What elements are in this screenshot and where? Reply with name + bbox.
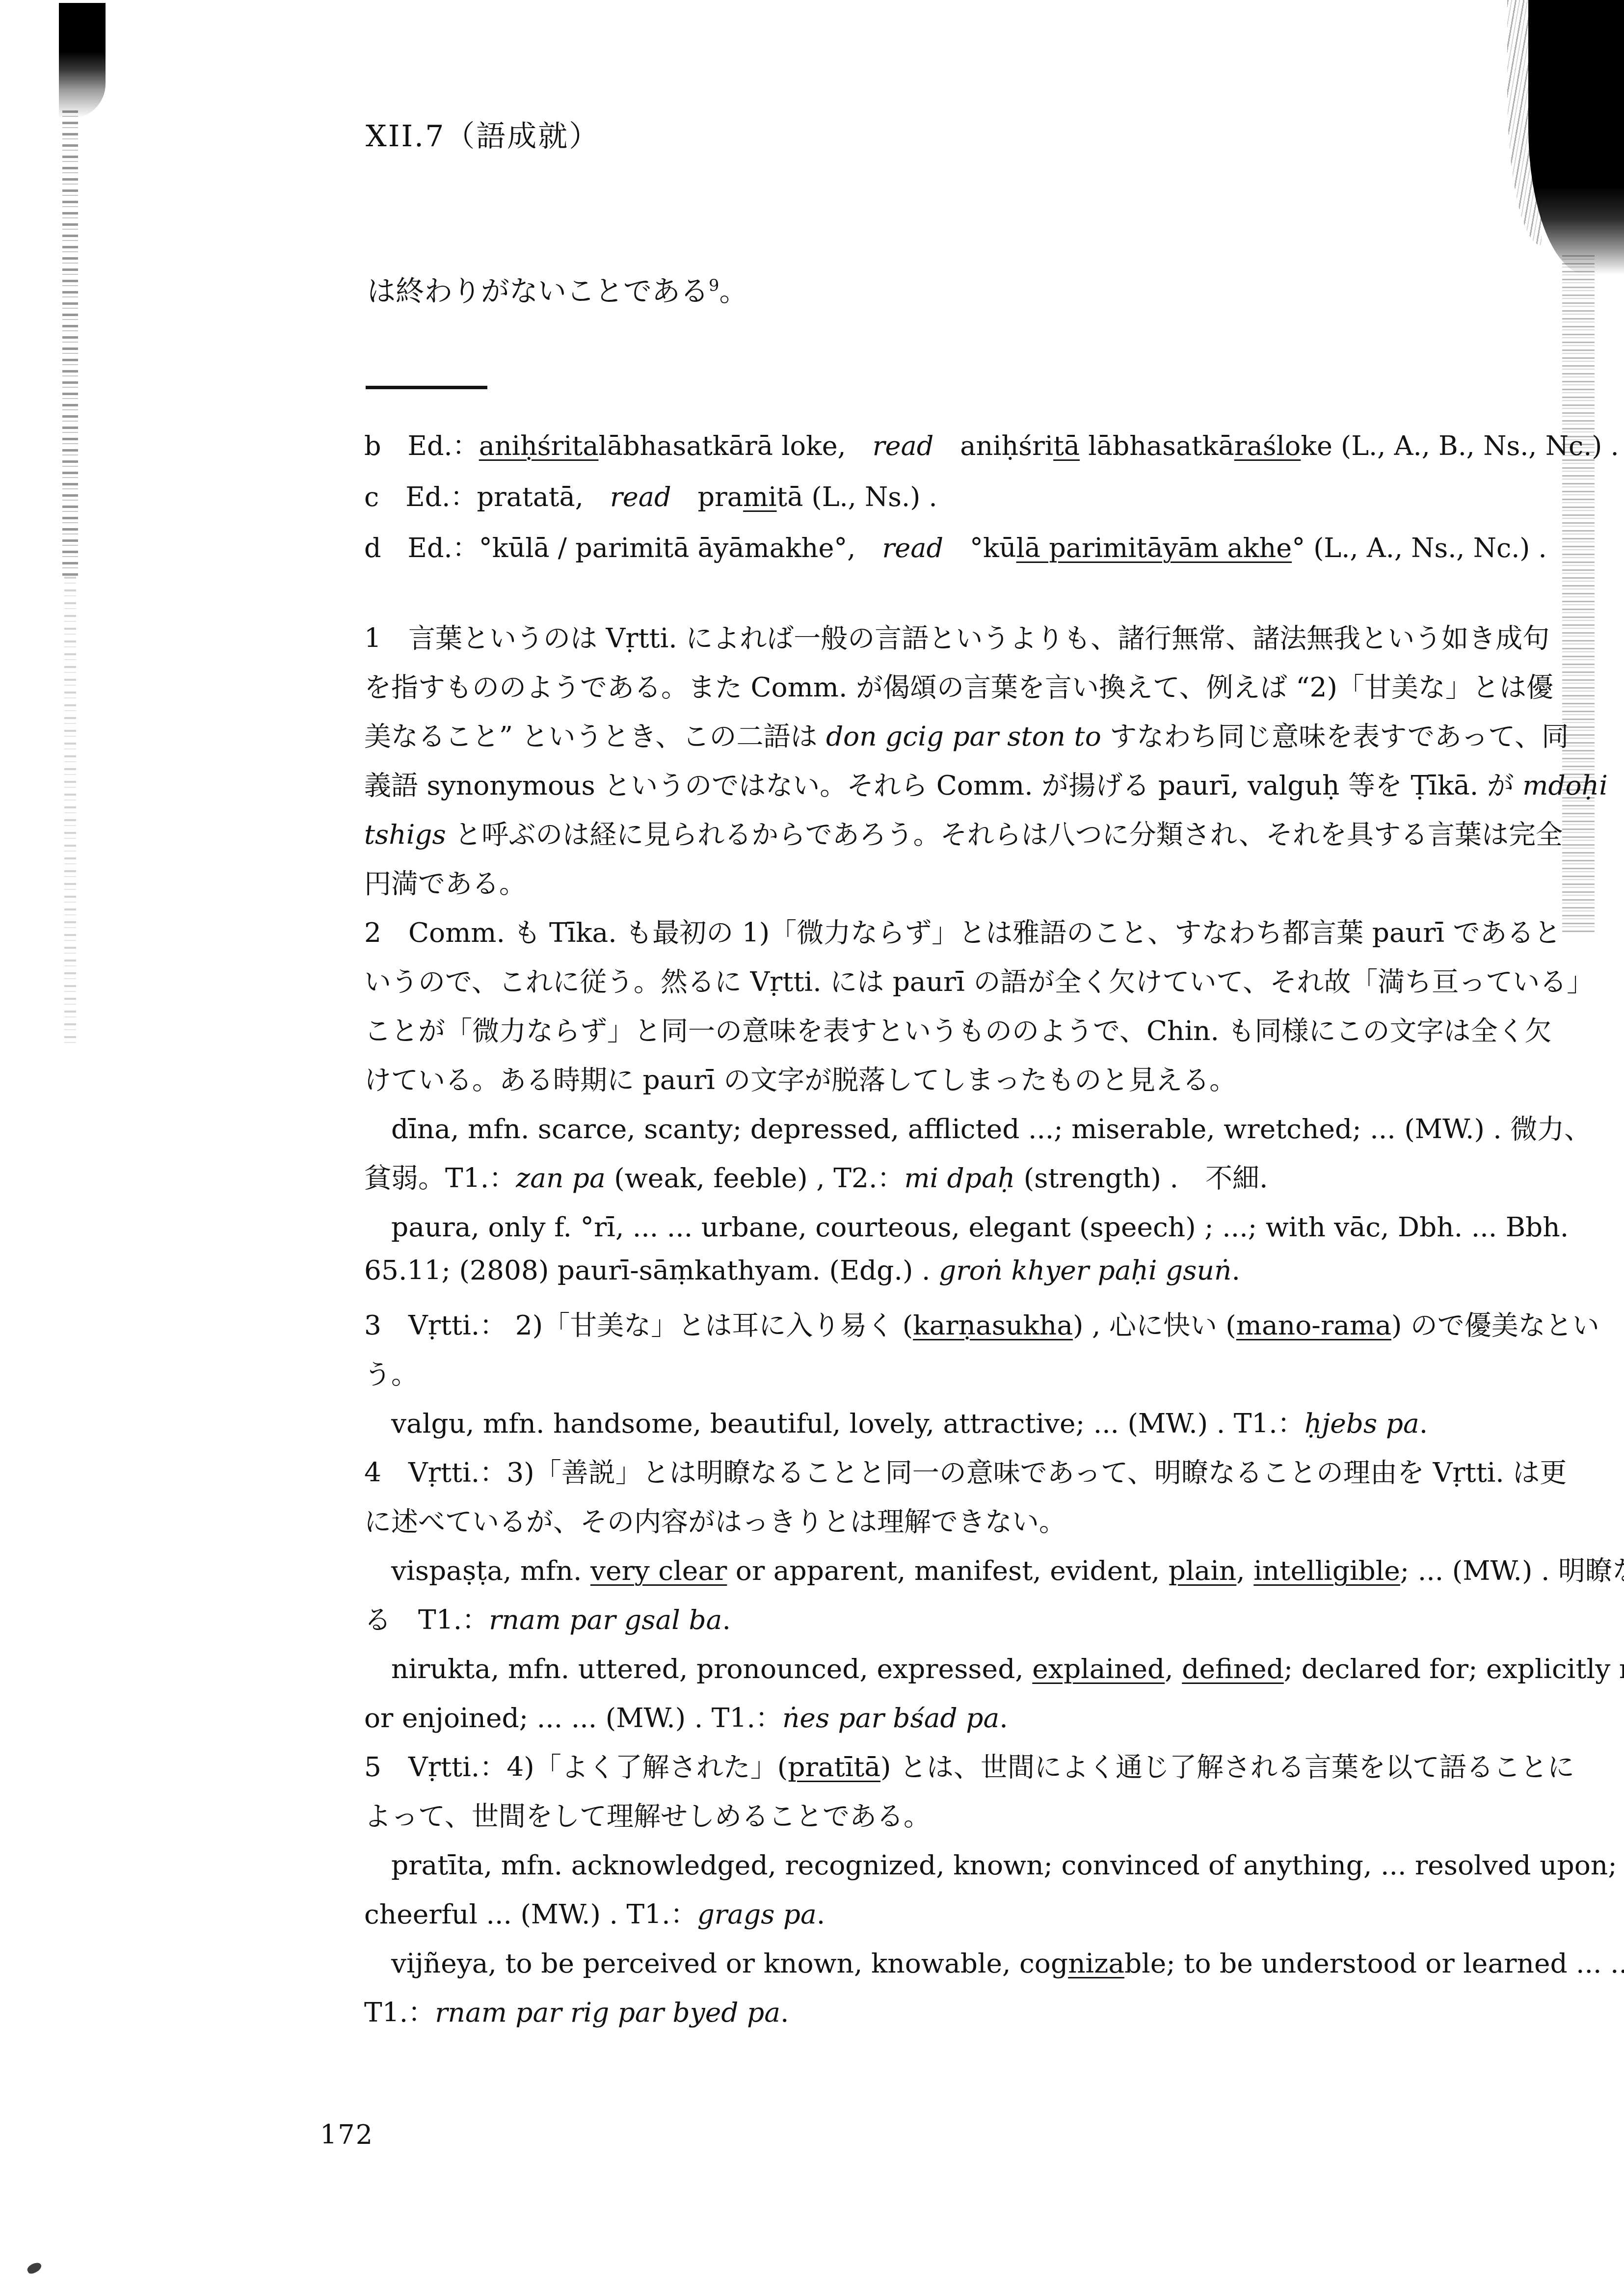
text-segment: lābhasatkā <box>1080 430 1234 461</box>
apparatus-footnote-line: d Ed.：°kūlā / parimitā āyāmakhe°, read °… <box>364 527 1542 565</box>
text-segment: read <box>882 533 944 563</box>
commentary-text-line: cheerful ... (MW.) . T1.：grags pa. <box>364 1893 1542 1931</box>
text-segment: plain <box>1169 1555 1237 1586</box>
text-segment: ; declared for; explicitly mentioned <box>1284 1653 1624 1684</box>
text-segment: cheerful ... (MW.) . T1.： <box>364 1898 697 1930</box>
text-segment: lābhasatkārā loke, <box>598 430 872 461</box>
commentary-text-line: dīna, mfn. scarce, scanty; depressed, af… <box>364 1107 1542 1146</box>
commentary-text-line: 65.11; (2808) paurī-sāṃkathyam. (Edg.) .… <box>364 1255 1542 1286</box>
text-segment: c Ed.：pratatā, <box>364 481 610 512</box>
text-segment: よって、世間をして理解せしめることである。 <box>364 1800 931 1832</box>
text-segment: pra <box>671 481 743 512</box>
text-segment: . <box>817 1898 825 1930</box>
text-segment: いうので、これに従う。然るに Vṛtti. には paurī の語が全く欠けてい… <box>364 966 1594 997</box>
commentary-text-line: 5 Vṛtti.：4)「よく了解された」(pratītā) とは、世間によく通じ… <box>364 1745 1542 1784</box>
text-segment: ことが「微力ならず」と同一の意味を表すというもののようで、Chin. も同様にこ… <box>364 1015 1551 1046</box>
text-segment: は終わりがないことである <box>367 274 709 308</box>
text-segment: rnam par gsal ba <box>489 1604 722 1635</box>
page-number: 172 <box>320 2119 373 2150</box>
text-segment: ) , 心に快い ( <box>1073 1309 1236 1341</box>
text-segment: すなわち同じ意味を表すであって、同 <box>1101 721 1569 752</box>
apparatus-footnote-line: b Ed.：aniḥśritalābhasatkārā loke, read a… <box>364 425 1542 463</box>
commentary-text-line: 2 Comm. も Tīka. も最初の 1)「微力ならず」とは雅語のこと、すな… <box>364 911 1542 950</box>
text-segment: grags pa <box>697 1898 817 1930</box>
commentary-text-line: 義語 synonymous というのではない。それら Comm. が揚げる pa… <box>364 764 1542 802</box>
scanned-document-page: XII.7（語成就） は終わりがないことである9。 b Ed.：aniḥśrit… <box>0 0 1624 2296</box>
text-segment: very clear <box>590 1555 727 1586</box>
commentary-text-line: 美なること” というとき、この二語は don gcig par ston to … <box>364 715 1542 753</box>
scan-artifact-right-streak <box>1562 255 1595 933</box>
commentary-text-line: う。 <box>364 1353 1542 1391</box>
text-segment: don gcig par ston to <box>826 721 1101 752</box>
text-segment: ḥjebs pa <box>1305 1408 1419 1439</box>
carryover-sentence: は終わりがないことである9。 <box>367 268 747 309</box>
text-segment: ° (L., A., Ns., Nc.) . <box>1292 533 1547 563</box>
text-segment: 円満である。 <box>364 868 526 899</box>
text-segment: を指すもののようである。また Comm. が偈頌の言葉を言い換えて、例えば “2… <box>364 671 1553 703</box>
commentary-text-line: paura, only f. °rī, ... ... urbane, cour… <box>364 1205 1542 1244</box>
text-segment: defined <box>1182 1653 1284 1684</box>
scan-artifact-left-streak-faint <box>64 577 76 1043</box>
text-segment: . <box>999 1702 1008 1734</box>
text-segment: 2 Comm. も Tīka. も最初の 1)「微力ならず」とは雅語のこと、すな… <box>364 917 1561 948</box>
text-segment: tā (L., Ns.) . <box>777 481 937 512</box>
text-segment: valgu, mfn. handsome, beautiful, lovely,… <box>364 1408 1305 1439</box>
commentary-text-line: tshigs と呼ぶのは経に見られるからであろう。それらは八つに分類され、それを… <box>364 813 1542 852</box>
commentary-text-line: を指すもののようである。また Comm. が偈頌の言葉を言い換えて、例えば “2… <box>364 666 1542 704</box>
text-segment: う。 <box>364 1359 418 1390</box>
running-head: XII.7（語成就） <box>366 113 600 155</box>
text-segment: 4 Vṛtti.：3)「善説」とは明瞭なることと同一の意味であって、明瞭なること… <box>364 1457 1567 1488</box>
text-segment: (weak, feeble) , T2.： <box>606 1162 905 1194</box>
text-segment: (strength) . 不細. <box>1015 1162 1268 1194</box>
text-segment: ṅes par bśad pa <box>782 1702 999 1734</box>
text-segment: aniḥśrita <box>479 430 599 461</box>
text-segment: ke (L., A., B., Ns., Nc.) . <box>1301 430 1619 461</box>
text-segment: dīna, mfn. scarce, scanty; depressed, af… <box>364 1113 1591 1145</box>
text-segment: 貧弱。T1.： <box>364 1162 516 1194</box>
commentary-text-line: る T1.：rnam par gsal ba. <box>364 1598 1542 1637</box>
text-segment: paura, only f. °rī, ... ... urbane, cour… <box>364 1211 1569 1243</box>
text-segment: ; ... (MW.) . 明瞭な <box>1400 1555 1624 1586</box>
text-segment: に述べているが、その内容がはっきりとは理解できない。 <box>364 1506 1066 1537</box>
text-segment: niza <box>1068 1948 1124 1979</box>
commentary-text-line: よって、世間をして理解せしめることである。 <box>364 1794 1542 1833</box>
text-segment: tshigs <box>364 819 446 850</box>
commentary-text-line: valgu, mfn. handsome, beautiful, lovely,… <box>364 1402 1542 1441</box>
text-segment: zan pa <box>516 1162 606 1194</box>
text-segment: mi <box>743 481 776 512</box>
text-segment: . <box>1419 1408 1428 1439</box>
text-segment: or apparent, manifest, evident, <box>727 1555 1168 1586</box>
commentary-text-line: vijñeya, to be perceived or known, knowa… <box>364 1942 1542 1980</box>
commentary-text-line: vispaṣṭa, mfn. very clear or apparent, m… <box>364 1549 1542 1588</box>
text-segment: read <box>610 481 671 512</box>
text-segment: . <box>1231 1255 1240 1286</box>
commentary-text-line: 貧弱。T1.：zan pa (weak, feeble) , T2.：mi dp… <box>364 1156 1542 1195</box>
text-segment: karṇasukha <box>913 1309 1073 1341</box>
commentary-text-line: T1.：rnam par rig par byed pa. <box>364 1991 1542 2029</box>
text-segment: pratīta, mfn. acknowledged, recognized, … <box>364 1849 1624 1881</box>
text-segment: ble; to be understood or learned ... ...… <box>1124 1948 1624 1979</box>
text-segment: 9 <box>709 276 719 295</box>
text-segment: rnam par rig par byed pa <box>435 1997 780 2028</box>
commentary-text-line: 4 Vṛtti.：3)「善説」とは明瞭なることと同一の意味であって、明瞭なること… <box>364 1451 1542 1490</box>
commentary-text-line: に述べているが、その内容がはっきりとは理解できない。 <box>364 1500 1542 1539</box>
text-segment: mano-rama <box>1236 1309 1391 1341</box>
scan-artifact-bottom-left-mark <box>26 2261 43 2275</box>
text-segment: . <box>780 1997 789 2028</box>
text-segment: vijñeya, to be perceived or known, knowa… <box>364 1948 1068 1979</box>
text-segment: groṅ khyer paḥi gsuṅ <box>939 1255 1231 1286</box>
text-segment: . <box>722 1604 730 1635</box>
text-segment: raślo <box>1234 430 1301 461</box>
commentary-text-line: 円満である。 <box>364 862 1542 901</box>
text-segment: b Ed.： <box>364 430 479 461</box>
text-segment: 65.11; (2808) paurī-sāṃkathyam. (Edg.) . <box>364 1255 939 1286</box>
text-segment: 美なること” というとき、この二語は <box>364 721 826 752</box>
text-segment: 1 言葉というのは Vṛtti. によれば一般の言語というよりも、諸行無常、諸法… <box>364 622 1549 654</box>
text-segment: けている。ある時期に paurī の文字が脱落してしまったものと見える。 <box>364 1064 1236 1095</box>
text-segment: °kū <box>943 533 1016 563</box>
text-segment: or enjoined; ... ... (MW.) . T1.： <box>364 1702 782 1734</box>
text-segment: lā parimitāyām akhe <box>1016 533 1292 563</box>
commentary-text-line: 3 Vṛtti.： 2)「甘美な」とは耳に入り易く (karṇasukha) ,… <box>364 1304 1542 1342</box>
scan-artifact-top-left-blob <box>59 3 106 118</box>
text-segment: aniḥśri <box>933 430 1053 461</box>
text-segment: ) とは、世間によく通じ了解される言葉を以て語ることに <box>880 1751 1574 1783</box>
text-segment: , <box>1236 1555 1253 1586</box>
scan-artifact-top-right-fuzz <box>1507 0 1542 245</box>
commentary-text-line: ことが「微力ならず」と同一の意味を表すというもののようで、Chin. も同様にこ… <box>364 1009 1542 1048</box>
text-segment: mi dpaḥ <box>904 1162 1015 1194</box>
text-segment: pratītā <box>788 1751 880 1783</box>
apparatus-footnote-line: c Ed.：pratatā, read pramitā (L., Ns.) . <box>364 476 1542 514</box>
commentary-text-line: けている。ある時期に paurī の文字が脱落してしまったものと見える。 <box>364 1058 1542 1097</box>
text-segment: , <box>1165 1653 1182 1684</box>
commentary-text-line: いうので、これに従う。然るに Vṛtti. には paurī の語が全く欠けてい… <box>364 960 1542 999</box>
text-segment: と呼ぶのは経に見られるからであろう。それらは八つに分類され、それを具する言葉は完… <box>446 819 1563 850</box>
commentary-text-line: pratīta, mfn. acknowledged, recognized, … <box>364 1843 1542 1882</box>
text-segment: 義語 synonymous というのではない。それら Comm. が揚げる pa… <box>364 770 1522 801</box>
text-segment: 3 Vṛtti.： 2)「甘美な」とは耳に入り易く ( <box>364 1309 913 1341</box>
text-segment: vispaṣṭa, mfn. <box>364 1555 590 1586</box>
text-segment: ) ので優美なとい <box>1391 1309 1599 1341</box>
commentary-text-line: 1 言葉というのは Vṛtti. によれば一般の言語というよりも、諸行無常、諸法… <box>364 616 1542 655</box>
commentary-text-line: or enjoined; ... ... (MW.) . T1.：ṅes par… <box>364 1696 1542 1735</box>
scan-artifact-left-streak <box>62 110 78 577</box>
text-segment: explained <box>1032 1653 1165 1684</box>
text-segment: mdoḥi <box>1522 770 1608 801</box>
text-segment: る T1.： <box>364 1604 489 1635</box>
text-segment: 5 Vṛtti.：4)「よく了解された」( <box>364 1751 788 1783</box>
text-segment: d Ed.：°kūlā / parimitā āyāmakhe°, <box>364 533 882 563</box>
text-segment: tā <box>1053 430 1080 461</box>
text-segment: intelligible <box>1253 1555 1400 1586</box>
footnote-separator-rule <box>366 386 487 389</box>
text-segment: T1.： <box>364 1997 435 2028</box>
commentary-text-line: nirukta, mfn. uttered, pronounced, expre… <box>364 1647 1542 1686</box>
text-segment: read <box>873 430 934 461</box>
scan-artifact-top-right-blob <box>1528 0 1624 275</box>
text-segment: nirukta, mfn. uttered, pronounced, expre… <box>364 1653 1032 1684</box>
text-segment: 。 <box>719 274 747 308</box>
